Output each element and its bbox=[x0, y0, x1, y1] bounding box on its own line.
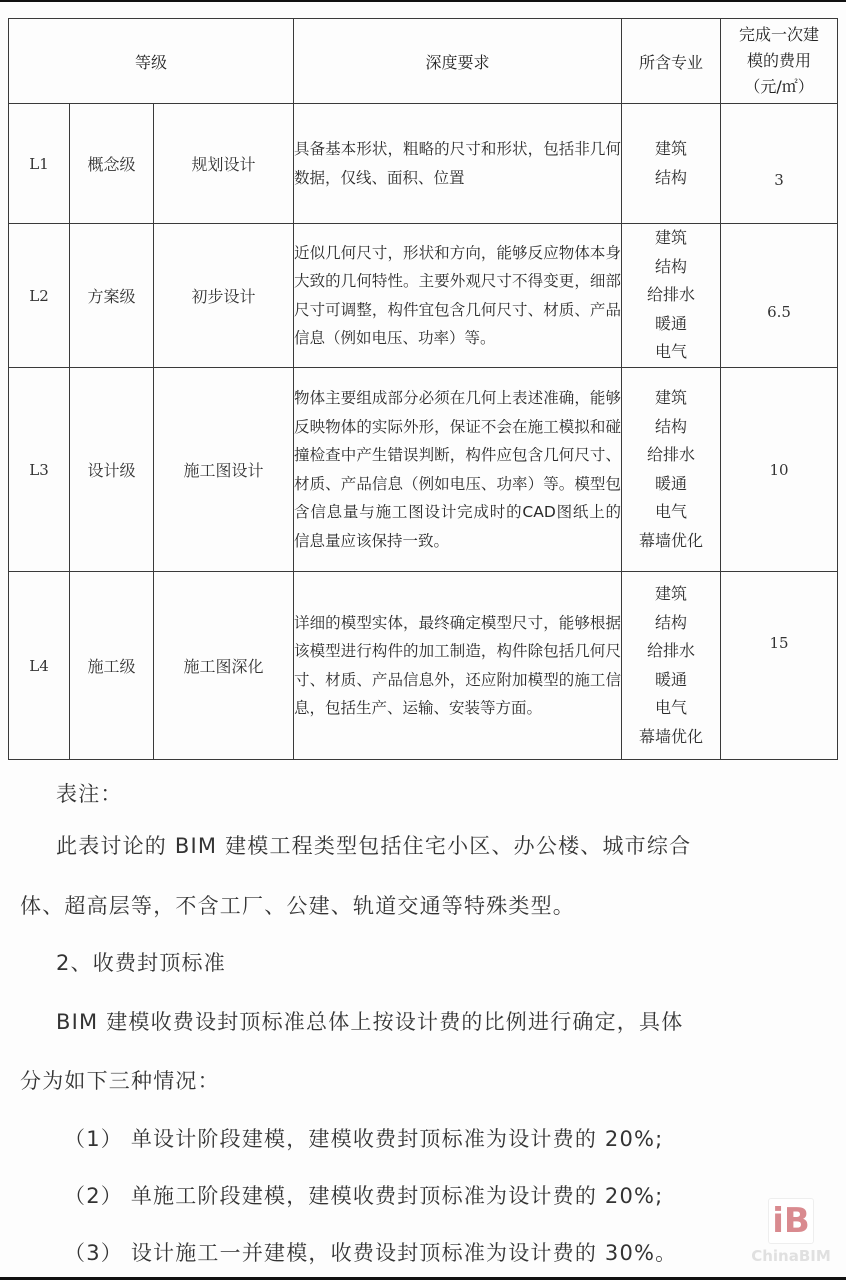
level-code: L3 bbox=[9, 368, 70, 572]
disciplines: 建筑 结构 给排水 暖通 电气 幕墙优化 bbox=[622, 368, 721, 572]
cost-value: 15 bbox=[721, 572, 838, 760]
notes-label: 表注： bbox=[56, 778, 123, 808]
discipline: 给排水 bbox=[622, 281, 720, 310]
header-cost-line-1: 完成一次建 bbox=[723, 22, 835, 48]
notes-paragraph-line: 体、超高层等，不含工厂、公建、轨道交通等特殊类型。 bbox=[20, 890, 575, 920]
depth-description: 具备基本形状，粗略的尺寸和形状，包括非几何数据，仅线、面积、位置 bbox=[294, 104, 622, 224]
section-title: 2、收费封顶标准 bbox=[56, 947, 226, 977]
table-row: L2 方案级 初步设计 近似几何尺寸，形状和方向，能够反应物体本身大致的几何特性… bbox=[9, 224, 838, 368]
design-stage: 施工图设计 bbox=[154, 368, 294, 572]
discipline: 电气 bbox=[622, 338, 720, 367]
chinabim-logo-icon: iB bbox=[768, 1198, 814, 1244]
level-name: 方案级 bbox=[70, 224, 154, 368]
discipline: 给排水 bbox=[622, 637, 720, 666]
level-code: L2 bbox=[9, 224, 70, 368]
header-cost-line-3: （元/㎡） bbox=[723, 74, 835, 100]
top-rule bbox=[0, 0, 846, 2]
table-row: L1 概念级 规划设计 具备基本形状，粗略的尺寸和形状，包括非几何数据，仅线、面… bbox=[9, 104, 838, 224]
header-level: 等级 bbox=[9, 19, 294, 104]
discipline: 幕墙优化 bbox=[622, 723, 720, 752]
design-stage: 初步设计 bbox=[154, 224, 294, 368]
level-code: L4 bbox=[9, 572, 70, 760]
header-cost: 完成一次建 模的费用 （元/㎡） bbox=[721, 19, 838, 104]
discipline: 建筑 bbox=[622, 580, 720, 609]
cost-value: 6.5 bbox=[721, 224, 838, 368]
discipline: 结构 bbox=[622, 253, 720, 282]
discipline: 暖通 bbox=[622, 310, 720, 339]
fee-cap-item: （3） 设计施工一并建模，收费设封顶标准为设计费的 30%。 bbox=[64, 1237, 677, 1267]
discipline: 暖通 bbox=[622, 666, 720, 695]
fee-cap-item: （2） 单施工阶段建模，建模收费封顶标准为设计费的 20%; bbox=[64, 1180, 663, 1210]
discipline: 电气 bbox=[622, 498, 720, 527]
level-code: L1 bbox=[9, 104, 70, 224]
depth-description: 物体主要组成部分必须在几何上表述准确，能够反映物体的实际外形，保证不会在施工模拟… bbox=[294, 368, 622, 572]
chinabim-watermark: iB ChinaBIM bbox=[738, 1198, 844, 1276]
table-header-row: 等级 深度要求 所含专业 完成一次建 模的费用 （元/㎡） bbox=[9, 19, 838, 104]
cost-value: 3 bbox=[721, 104, 838, 224]
table-row: L4 施工级 施工图深化 详细的模型实体，最终确定模型尺寸，能够根据该模型进行构… bbox=[9, 572, 838, 760]
discipline: 结构 bbox=[622, 413, 720, 442]
discipline: 幕墙优化 bbox=[622, 527, 720, 556]
fee-cap-paragraph-line: 分为如下三种情况： bbox=[20, 1065, 220, 1095]
depth-description: 详细的模型实体，最终确定模型尺寸，能够根据该模型进行构件的加工制造，构件除包括几… bbox=[294, 572, 622, 760]
depth-description: 近似几何尺寸，形状和方向，能够反应物体本身大致的几何特性。主要外观尺寸不得变更，… bbox=[294, 224, 622, 368]
level-name: 施工级 bbox=[70, 572, 154, 760]
discipline: 建筑 bbox=[622, 384, 720, 413]
watermark-text: ChinaBIM bbox=[738, 1247, 844, 1265]
header-depth: 深度要求 bbox=[294, 19, 622, 104]
discipline: 建筑 bbox=[622, 224, 720, 253]
discipline: 结构 bbox=[622, 609, 720, 638]
discipline: 建筑 bbox=[622, 135, 720, 164]
fee-cap-paragraph-line: BIM 建模收费设封顶标准总体上按设计费的比例进行确定，具体 bbox=[56, 1006, 683, 1036]
design-stage: 施工图深化 bbox=[154, 572, 294, 760]
level-name: 概念级 bbox=[70, 104, 154, 224]
discipline: 暖通 bbox=[622, 470, 720, 499]
level-name: 设计级 bbox=[70, 368, 154, 572]
disciplines: 建筑 结构 给排水 暖通 电气 幕墙优化 bbox=[622, 572, 721, 760]
header-disciplines: 所含专业 bbox=[622, 19, 721, 104]
design-stage: 规划设计 bbox=[154, 104, 294, 224]
discipline: 结构 bbox=[622, 164, 720, 193]
bim-lod-fee-table: 等级 深度要求 所含专业 完成一次建 模的费用 （元/㎡） L1 概念级 规划设… bbox=[8, 18, 838, 760]
fee-cap-item: （1） 单设计阶段建模，建模收费封顶标准为设计费的 20%; bbox=[64, 1123, 663, 1153]
notes-paragraph-line: 此表讨论的 BIM 建模工程类型包括住宅小区、办公楼、城市综合 bbox=[56, 830, 691, 860]
cost-value: 10 bbox=[721, 368, 838, 572]
table-row: L3 设计级 施工图设计 物体主要组成部分必须在几何上表述准确，能够反映物体的实… bbox=[9, 368, 838, 572]
discipline: 给排水 bbox=[622, 441, 720, 470]
header-cost-line-2: 模的费用 bbox=[723, 48, 835, 74]
discipline: 电气 bbox=[622, 694, 720, 723]
disciplines: 建筑 结构 给排水 暖通 电气 bbox=[622, 224, 721, 368]
disciplines: 建筑 结构 bbox=[622, 104, 721, 224]
